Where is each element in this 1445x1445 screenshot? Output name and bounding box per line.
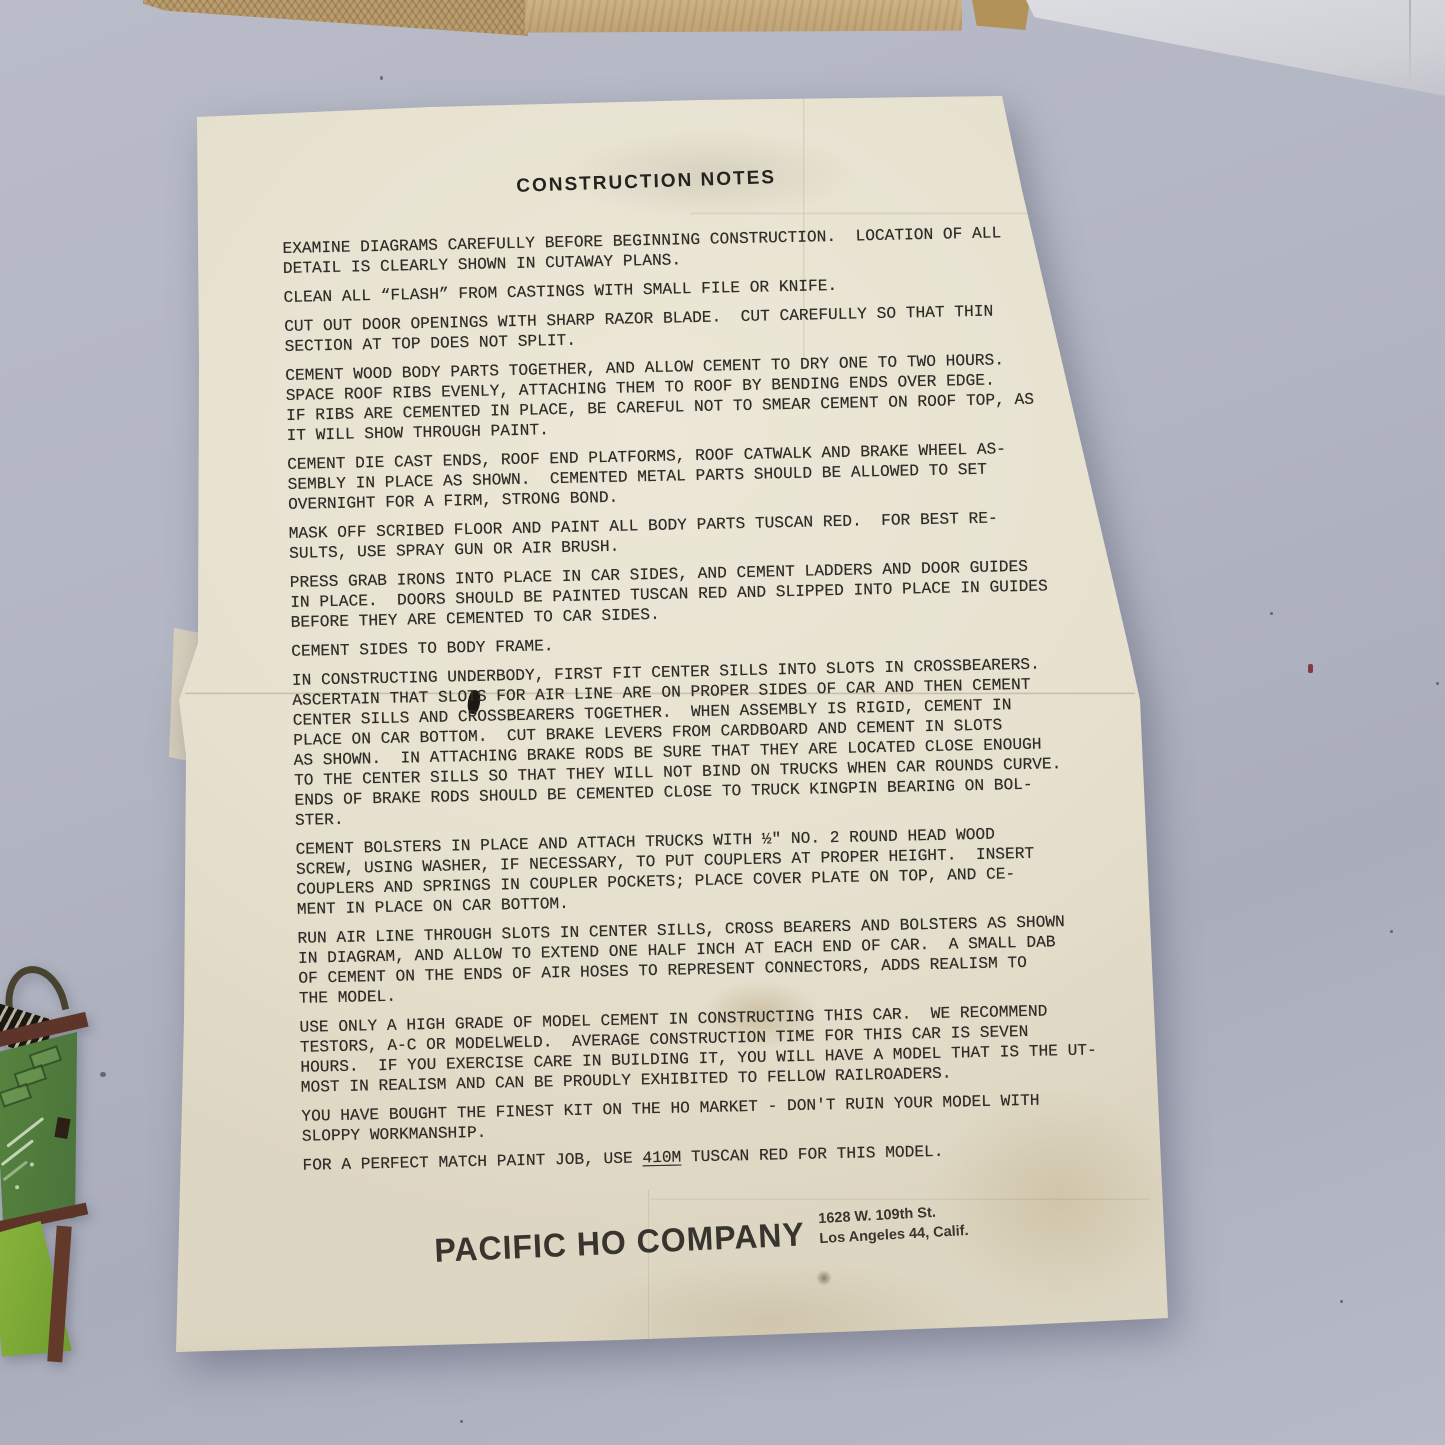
- final-line-suffix: TUSCAN RED FOR THIS MODEL.: [681, 1143, 944, 1167]
- paragraph: CUT OUT DOOR OPENINGS WITH SHARP RAZOR B…: [284, 300, 1085, 357]
- paragraph: RUN AIR LINE THROUGH SLOTS IN CENTER SIL…: [297, 911, 1099, 1008]
- typed-content: CONSTRUCTION NOTES EXAMINE DIAGRAMS CARE…: [281, 162, 1105, 1267]
- photo-background: CONSTRUCTION NOTES EXAMINE DIAGRAMS CARE…: [0, 0, 1445, 1445]
- instruction-sheet: CONSTRUCTION NOTES EXAMINE DIAGRAMS CARE…: [0, 0, 1445, 1445]
- paragraph: CEMENT DIE CAST ENDS, ROOF END PLATFORMS…: [287, 437, 1088, 514]
- company-address: 1628 W. 109th St. Los Angeles 44, Calif.: [817, 1202, 968, 1249]
- paragraph: IN CONSTRUCTING UNDERBODY, FIRST FIT CEN…: [292, 653, 1095, 830]
- paragraph: CEMENT BOLSTERS IN PLACE AND ATTACH TRUC…: [295, 822, 1097, 919]
- instruction-sheet-wrap: CONSTRUCTION NOTES EXAMINE DIAGRAMS CARE…: [0, 0, 1445, 1445]
- paragraph: EXAMINE DIAGRAMS CAREFULLY BEFORE BEGINN…: [282, 222, 1083, 279]
- paragraph: CEMENT WOOD BODY PARTS TOGETHER, AND ALL…: [285, 349, 1087, 446]
- paragraph: YOU HAVE BOUGHT THE FINEST KIT ON THE HO…: [301, 1089, 1102, 1146]
- paragraph: PRESS GRAB IRONS INTO PLACE IN CAR SIDES…: [290, 555, 1091, 632]
- document-paragraphs: EXAMINE DIAGRAMS CAREFULLY BEFORE BEGINN…: [282, 222, 1102, 1147]
- final-line-underlined-term: 410M: [642, 1149, 681, 1168]
- stain: [560, 1260, 980, 1380]
- paragraph: USE ONLY A HIGH GRADE OF MODEL CEMENT IN…: [299, 1000, 1101, 1097]
- final-line-prefix: FOR A PERFECT MATCH PAINT JOB, USE: [302, 1149, 642, 1174]
- smudge: [816, 1270, 832, 1286]
- paragraph: MASK OFF SCRIBED FLOOR AND PAINT ALL BOD…: [289, 506, 1090, 563]
